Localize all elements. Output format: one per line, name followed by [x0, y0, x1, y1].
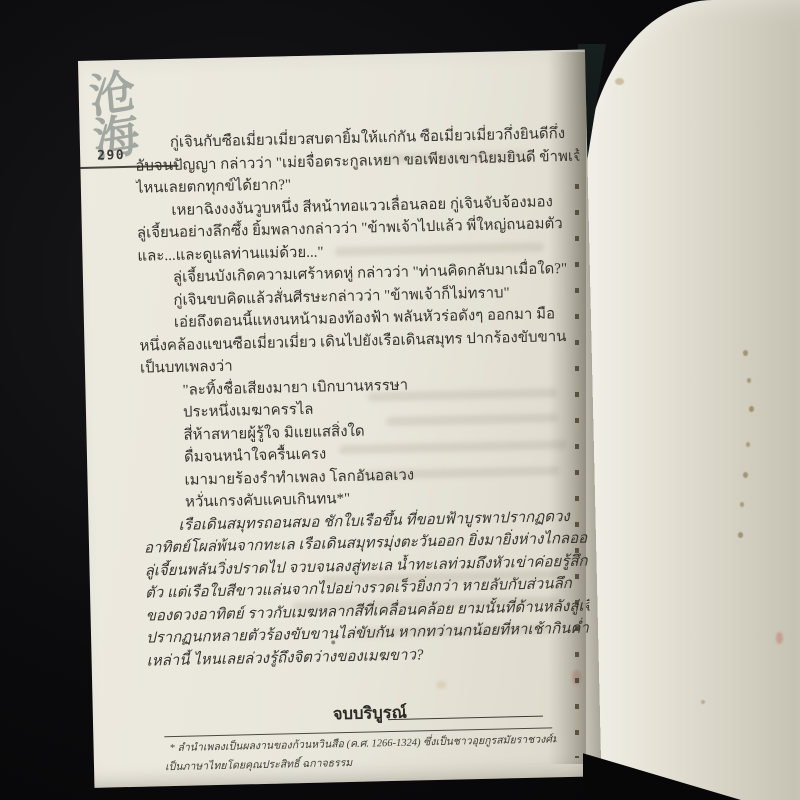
foxing-stain: [746, 442, 750, 447]
foxing-stain: [749, 406, 754, 412]
page-footer: จบบริบูรณ์ * ลำนำเพลงเป็นผลงานของก้วนหวิ…: [147, 680, 593, 778]
closing-rule: [388, 716, 543, 721]
red-smudge-stain: [776, 632, 783, 644]
body-text: กู่เจินกับซือเมี่ยวเมี่ยวสบตายิ้มให้แก่ก…: [135, 123, 591, 673]
page-number: 290: [97, 148, 125, 164]
gutter-shading: [548, 52, 586, 764]
foxing-stain: [747, 378, 751, 383]
footnote: * ลำนำเพลงเป็นผลงานของก้วนหวินสือ (ค.ศ. …: [164, 730, 557, 777]
book-page: 沧海 290 กู่เจินกับซือเมี่ยวเมี่ยวสบตายิ้ม…: [78, 49, 601, 787]
foxing-stain: [615, 78, 624, 85]
facing-page: [583, 0, 800, 800]
foxing-stain: [738, 532, 743, 538]
foxing-stain: [743, 472, 748, 478]
foxing-stain: [740, 502, 744, 507]
book-photo-scene: 沧海 290 กู่เจินกับซือเมี่ยวเมี่ยวสบตายิ้ม…: [0, 0, 800, 800]
foxing-stain: [701, 700, 705, 704]
binding-stitches: [575, 184, 579, 758]
closing-row: จบบริบูรณ์: [148, 697, 592, 731]
foxing-stain: [743, 350, 748, 356]
closing-word: จบบริบูรณ์: [333, 703, 408, 724]
